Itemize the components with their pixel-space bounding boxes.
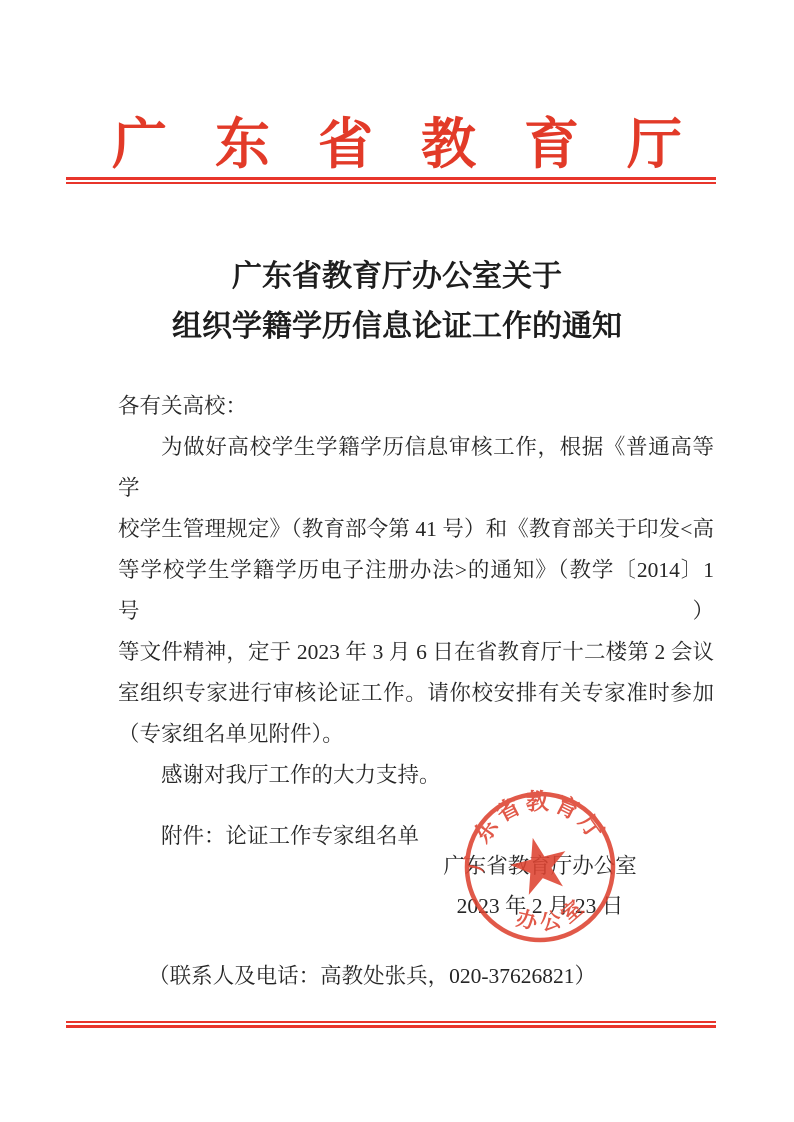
paragraph-line: 室组织专家进行审核论证工作。请你校安排有关专家准时参加 xyxy=(118,673,714,714)
paragraph-line: 为做好高校学生学籍学历信息审核工作，根据《普通高等学 xyxy=(118,427,714,509)
paragraph-line: 等学校学生学籍学历电子注册办法>的通知》（教学〔2014〕1 号） xyxy=(118,550,714,632)
paragraph-spacer xyxy=(118,796,714,816)
official-document-page: 广东省教育厅 广东省教育厅办公室关于 组织学籍学历信息论证工作的通知 各有关高校… xyxy=(0,0,794,1122)
signature-org: 广东省教育厅办公室 xyxy=(398,846,682,886)
letterhead-double-rule xyxy=(66,177,716,184)
salutation-line: 各有关高校： xyxy=(118,386,714,427)
footer-rule xyxy=(66,1021,716,1028)
document-title: 广东省教育厅办公室关于 组织学籍学历信息论证工作的通知 xyxy=(0,252,794,352)
letterhead-agency-name: 广东省教育厅 xyxy=(0,100,794,179)
contact-info-line: （联系人及电话：高教处张兵，020-37626821） xyxy=(118,960,738,992)
signature-date: 2023 年 2 月 23 日 xyxy=(398,886,682,926)
paragraph-line: 等文件精神，定于 2023 年 3 月 6 日在省教育厅十二楼第 2 会议 xyxy=(118,632,714,673)
document-body: 各有关高校： 为做好高校学生学籍学历信息审核工作，根据《普通高等学 校学生管理规… xyxy=(118,386,714,857)
paragraph-line: 校学生管理规定》（教育部令第 41 号）和《教育部关于印发<高 xyxy=(118,509,714,550)
signature-block: 广东省教育厅办公室 2023 年 2 月 23 日 xyxy=(398,846,682,926)
paragraph-line: （专家组名单见附件）。 xyxy=(118,714,714,755)
document-title-line1: 广东省教育厅办公室关于 xyxy=(0,252,794,302)
document-title-line2: 组织学籍学历信息论证工作的通知 xyxy=(0,302,794,352)
thanks-line: 感谢对我厅工作的大力支持。 xyxy=(118,755,714,796)
